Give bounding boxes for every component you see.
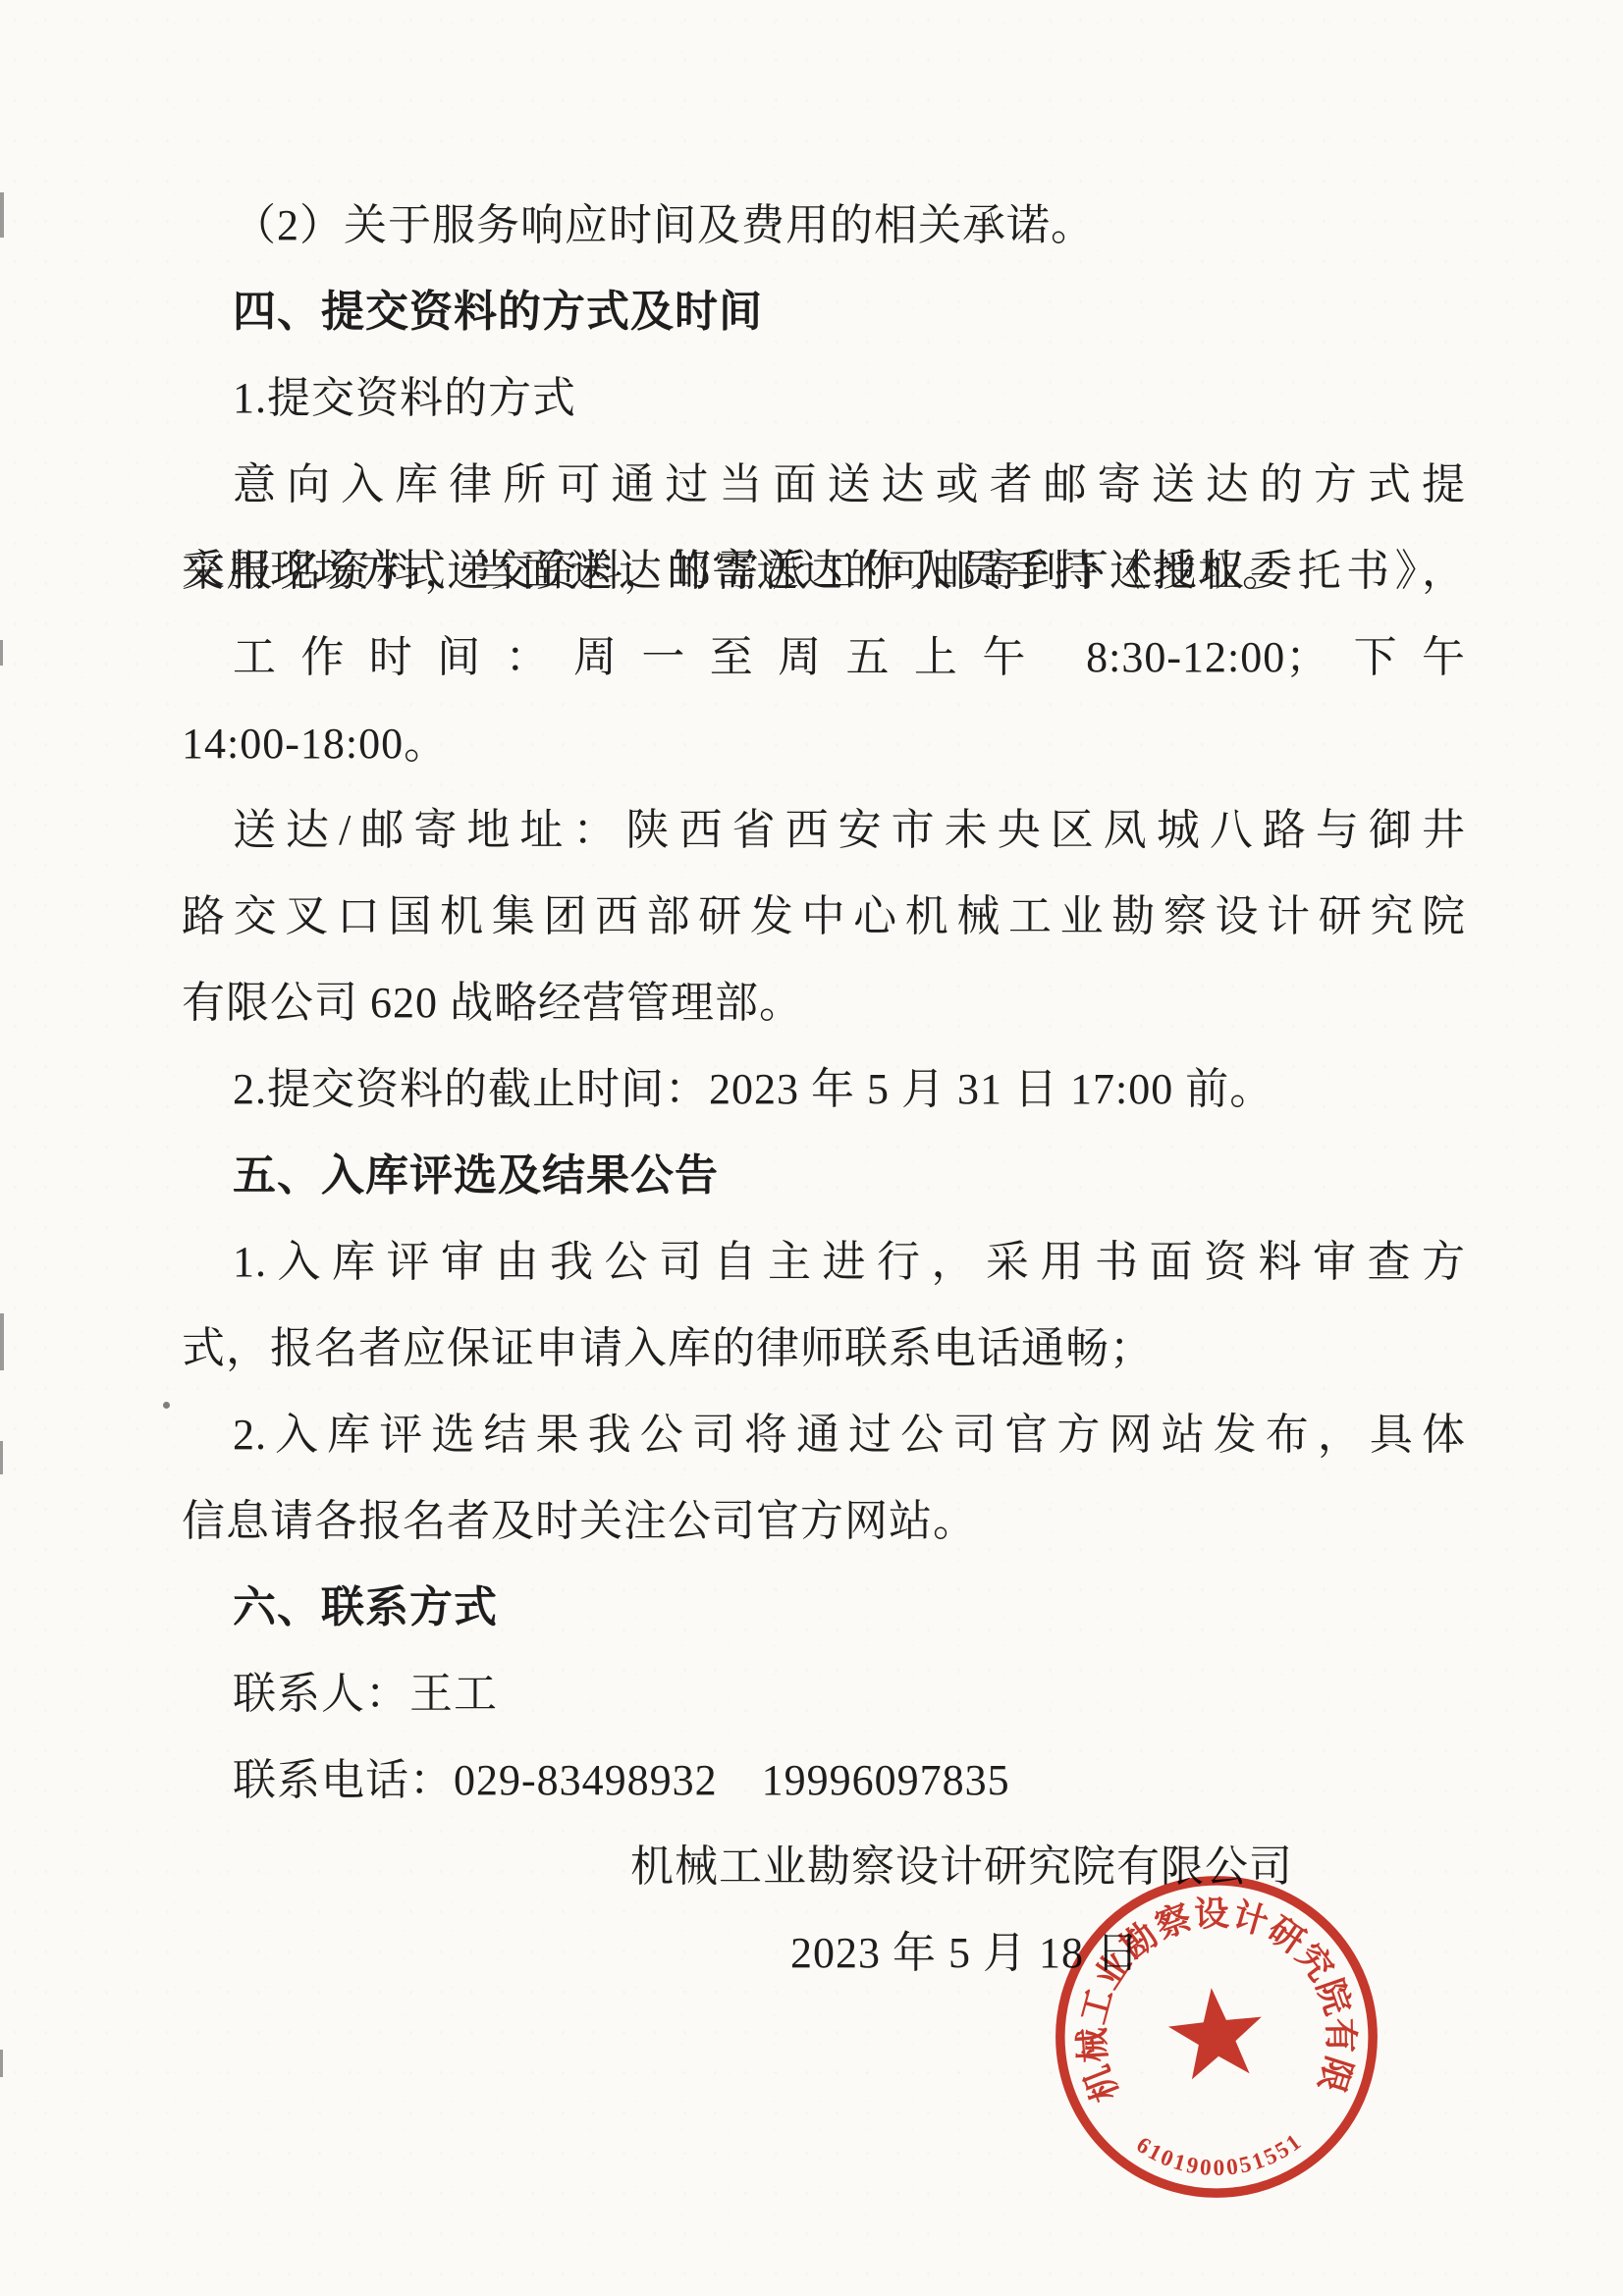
para-submit-line-1: 意向入库律所可通过当面送达或者邮寄送达的方式提 [182, 442, 1466, 528]
para-address-line-1: 送达/邮寄地址：陕西省西安市未央区凤城八路与御井 [182, 787, 1466, 874]
para-work-hours-line-1: 工作时间：周一至周五上午 8:30-12:00；下午 [182, 614, 1466, 701]
subheading-submit-method: 1.提交资料的方式 [182, 355, 1466, 442]
scan-artifact [0, 1313, 4, 1370]
signature-company: 机械工业勘察设计研究院有限公司 [182, 1824, 1466, 1910]
heading-section-4: 四、提交资料的方式及时间 [182, 269, 1466, 355]
contact-phone: 联系电话：029-83498932 19996097835 [182, 1737, 1466, 1824]
stamp-serial-number: 6101900051551 [1129, 2115, 1310, 2190]
para-address-line-3: 有限公司 620 战略经营管理部。 [182, 960, 1466, 1046]
heading-section-5: 五、入库评选及结果公告 [182, 1133, 1466, 1219]
scan-artifact [163, 1402, 170, 1409]
para-work-hours-line-2: 14:00-18:00。 [182, 701, 1466, 787]
scan-artifact [0, 2050, 3, 2077]
para-result-line-1: 2.入库评选结果我公司将通过公司官方网站发布，具体 [182, 1392, 1466, 1478]
stamp-star [1164, 1983, 1267, 2081]
para-deadline: 2.提交资料的截止时间：2023 年 5 月 31 日 17:00 前。 [182, 1046, 1466, 1133]
para-review-line-1: 1.入库评审由我公司自主进行，采用书面资料审查方 [182, 1219, 1466, 1306]
signature-date: 2023 年 5 月 18 日 [182, 1910, 1466, 1997]
para-result-line-2: 信息请各报名者及时关注公司官方网站。 [182, 1478, 1466, 1565]
body-text: （2）关于服务响应时间及费用的相关承诺。 四、提交资料的方式及时间 1.提交资料… [182, 183, 1466, 1997]
heading-section-6: 六、联系方式 [182, 1565, 1466, 1651]
para-review-line-2: 式，报名者应保证申请入库的律师联系电话通畅； [182, 1306, 1466, 1392]
para-submit-line-3: 采用现场方式递交资料，邮寄送达的可邮寄到下述地址。 [182, 528, 1466, 614]
para-service-promise: （2）关于服务响应时间及费用的相关承诺。 [182, 183, 1466, 269]
scan-artifact [0, 640, 3, 666]
scan-artifact [0, 192, 4, 238]
para-address-line-2: 路交叉口国机集团西部研发中心机械工业勘察设计研究院 [182, 874, 1466, 960]
scan-artifact [0, 1441, 3, 1474]
document-page: （2）关于服务响应时间及费用的相关承诺。 四、提交资料的方式及时间 1.提交资料… [0, 0, 1623, 2296]
contact-person: 联系人：王工 [182, 1651, 1466, 1737]
